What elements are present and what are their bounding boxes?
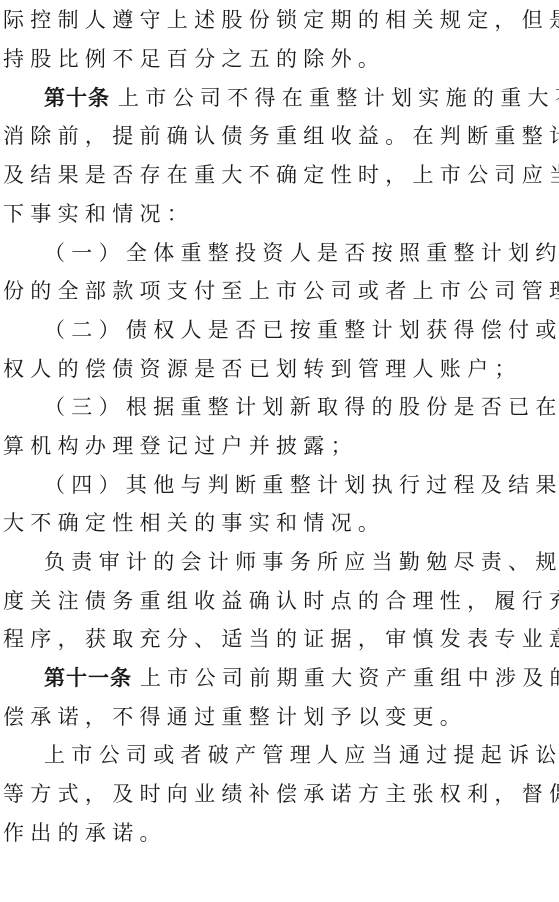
list-item-line: （三）根据重整计划新取得的股份是否已在证券登记结: [44, 392, 559, 422]
text-line: 作出的承诺。: [3, 818, 167, 848]
line-text: （四）其他与判断重整计划执行过程及结果是否存在重: [44, 473, 559, 497]
line-text: 负责审计的会计师事务所应当勤勉尽责、规范执业，高: [44, 550, 559, 574]
line-text: 下事实和情况：: [3, 202, 194, 226]
line-text: 作出的承诺。: [3, 821, 167, 845]
paragraph-line: 上市公司或者破产管理人应当通过提起诉讼、申请保全: [44, 740, 559, 770]
line-text: 持股比例不足百分之五的除外。: [3, 47, 385, 71]
line-text: 度关注债务重组收益确认时点的合理性，履行充分、必要的: [3, 589, 559, 613]
line-text: 偿承诺，不得通过重整计划予以变更。: [3, 705, 467, 729]
text-line: 际控制人遵守上述股份锁定期的相关规定，但是第一大股东: [3, 5, 559, 35]
text-line: 下事实和情况：: [3, 199, 194, 229]
line-text: 份的全部款项支付至上市公司或者上市公司管理人账户；: [3, 279, 559, 303]
line-text: 及结果是否存在重大不确定性时，上市公司应当综合考虑以: [3, 163, 559, 187]
list-item-line: （一）全体重整投资人是否按照重整计划约定将认购股: [44, 238, 559, 268]
text-line: 持股比例不足百分之五的除外。: [3, 44, 385, 74]
article-heading-line: 第十条上市公司不得在重整计划实施的重大不确定性: [44, 83, 559, 113]
line-text: 上市公司不得在重整计划实施的重大不确定性: [118, 86, 559, 110]
line-text: 大不确定性相关的事实和情况。: [3, 511, 385, 535]
line-text: 权人的偿债资源是否已划转到管理人账户；: [3, 357, 522, 381]
line-text: 程序，获取充分、适当的证据，审慎发表专业意见。: [3, 627, 559, 651]
line-text: （二）债权人是否已按重整计划获得偿付或者偿付给债: [44, 318, 559, 342]
line-text: （一）全体重整投资人是否按照重整计划约定将认购股: [44, 241, 559, 265]
document-page: 际控制人遵守上述股份锁定期的相关规定，但是第一大股东 持股比例不足百分之五的除外…: [0, 0, 559, 902]
line-text: 算机构办理登记过户并披露；: [3, 434, 358, 458]
text-line: 权人的偿债资源是否已划转到管理人账户；: [3, 354, 522, 384]
text-line: 算机构办理登记过户并披露；: [3, 431, 358, 461]
text-line: 份的全部款项支付至上市公司或者上市公司管理人账户；: [3, 276, 559, 306]
text-line: 大不确定性相关的事实和情况。: [3, 508, 385, 538]
text-line: 等方式，及时向业绩补偿承诺方主张权利，督促其严格履行: [3, 779, 559, 809]
article-label: 第十一条: [44, 666, 132, 690]
text-line: 消除前，提前确认债务重组收益。在判断重整计划执行过程: [3, 121, 559, 151]
text-line: 程序，获取充分、适当的证据，审慎发表专业意见。: [3, 624, 559, 654]
line-text: 际控制人遵守上述股份锁定期的相关规定，但是第一大股东: [3, 8, 559, 32]
article-heading-line: 第十一条上市公司前期重大资产重组中涉及的业绩补: [44, 663, 559, 693]
line-text: 上市公司或者破产管理人应当通过提起诉讼、申请保全: [44, 743, 559, 767]
line-text: 等方式，及时向业绩补偿承诺方主张权利，督促其严格履行: [3, 782, 559, 806]
text-line: 偿承诺，不得通过重整计划予以变更。: [3, 702, 467, 732]
text-line: 度关注债务重组收益确认时点的合理性，履行充分、必要的: [3, 586, 559, 616]
article-label: 第十条: [44, 86, 110, 110]
line-text: （三）根据重整计划新取得的股份是否已在证券登记结: [44, 395, 559, 419]
list-item-line: （二）债权人是否已按重整计划获得偿付或者偿付给债: [44, 315, 559, 345]
text-line: 及结果是否存在重大不确定性时，上市公司应当综合考虑以: [3, 160, 559, 190]
line-text: 消除前，提前确认债务重组收益。在判断重整计划执行过程: [3, 124, 559, 148]
paragraph-line: 负责审计的会计师事务所应当勤勉尽责、规范执业，高: [44, 547, 559, 577]
line-text: 上市公司前期重大资产重组中涉及的业绩补: [140, 666, 559, 690]
list-item-line: （四）其他与判断重整计划执行过程及结果是否存在重: [44, 470, 559, 500]
